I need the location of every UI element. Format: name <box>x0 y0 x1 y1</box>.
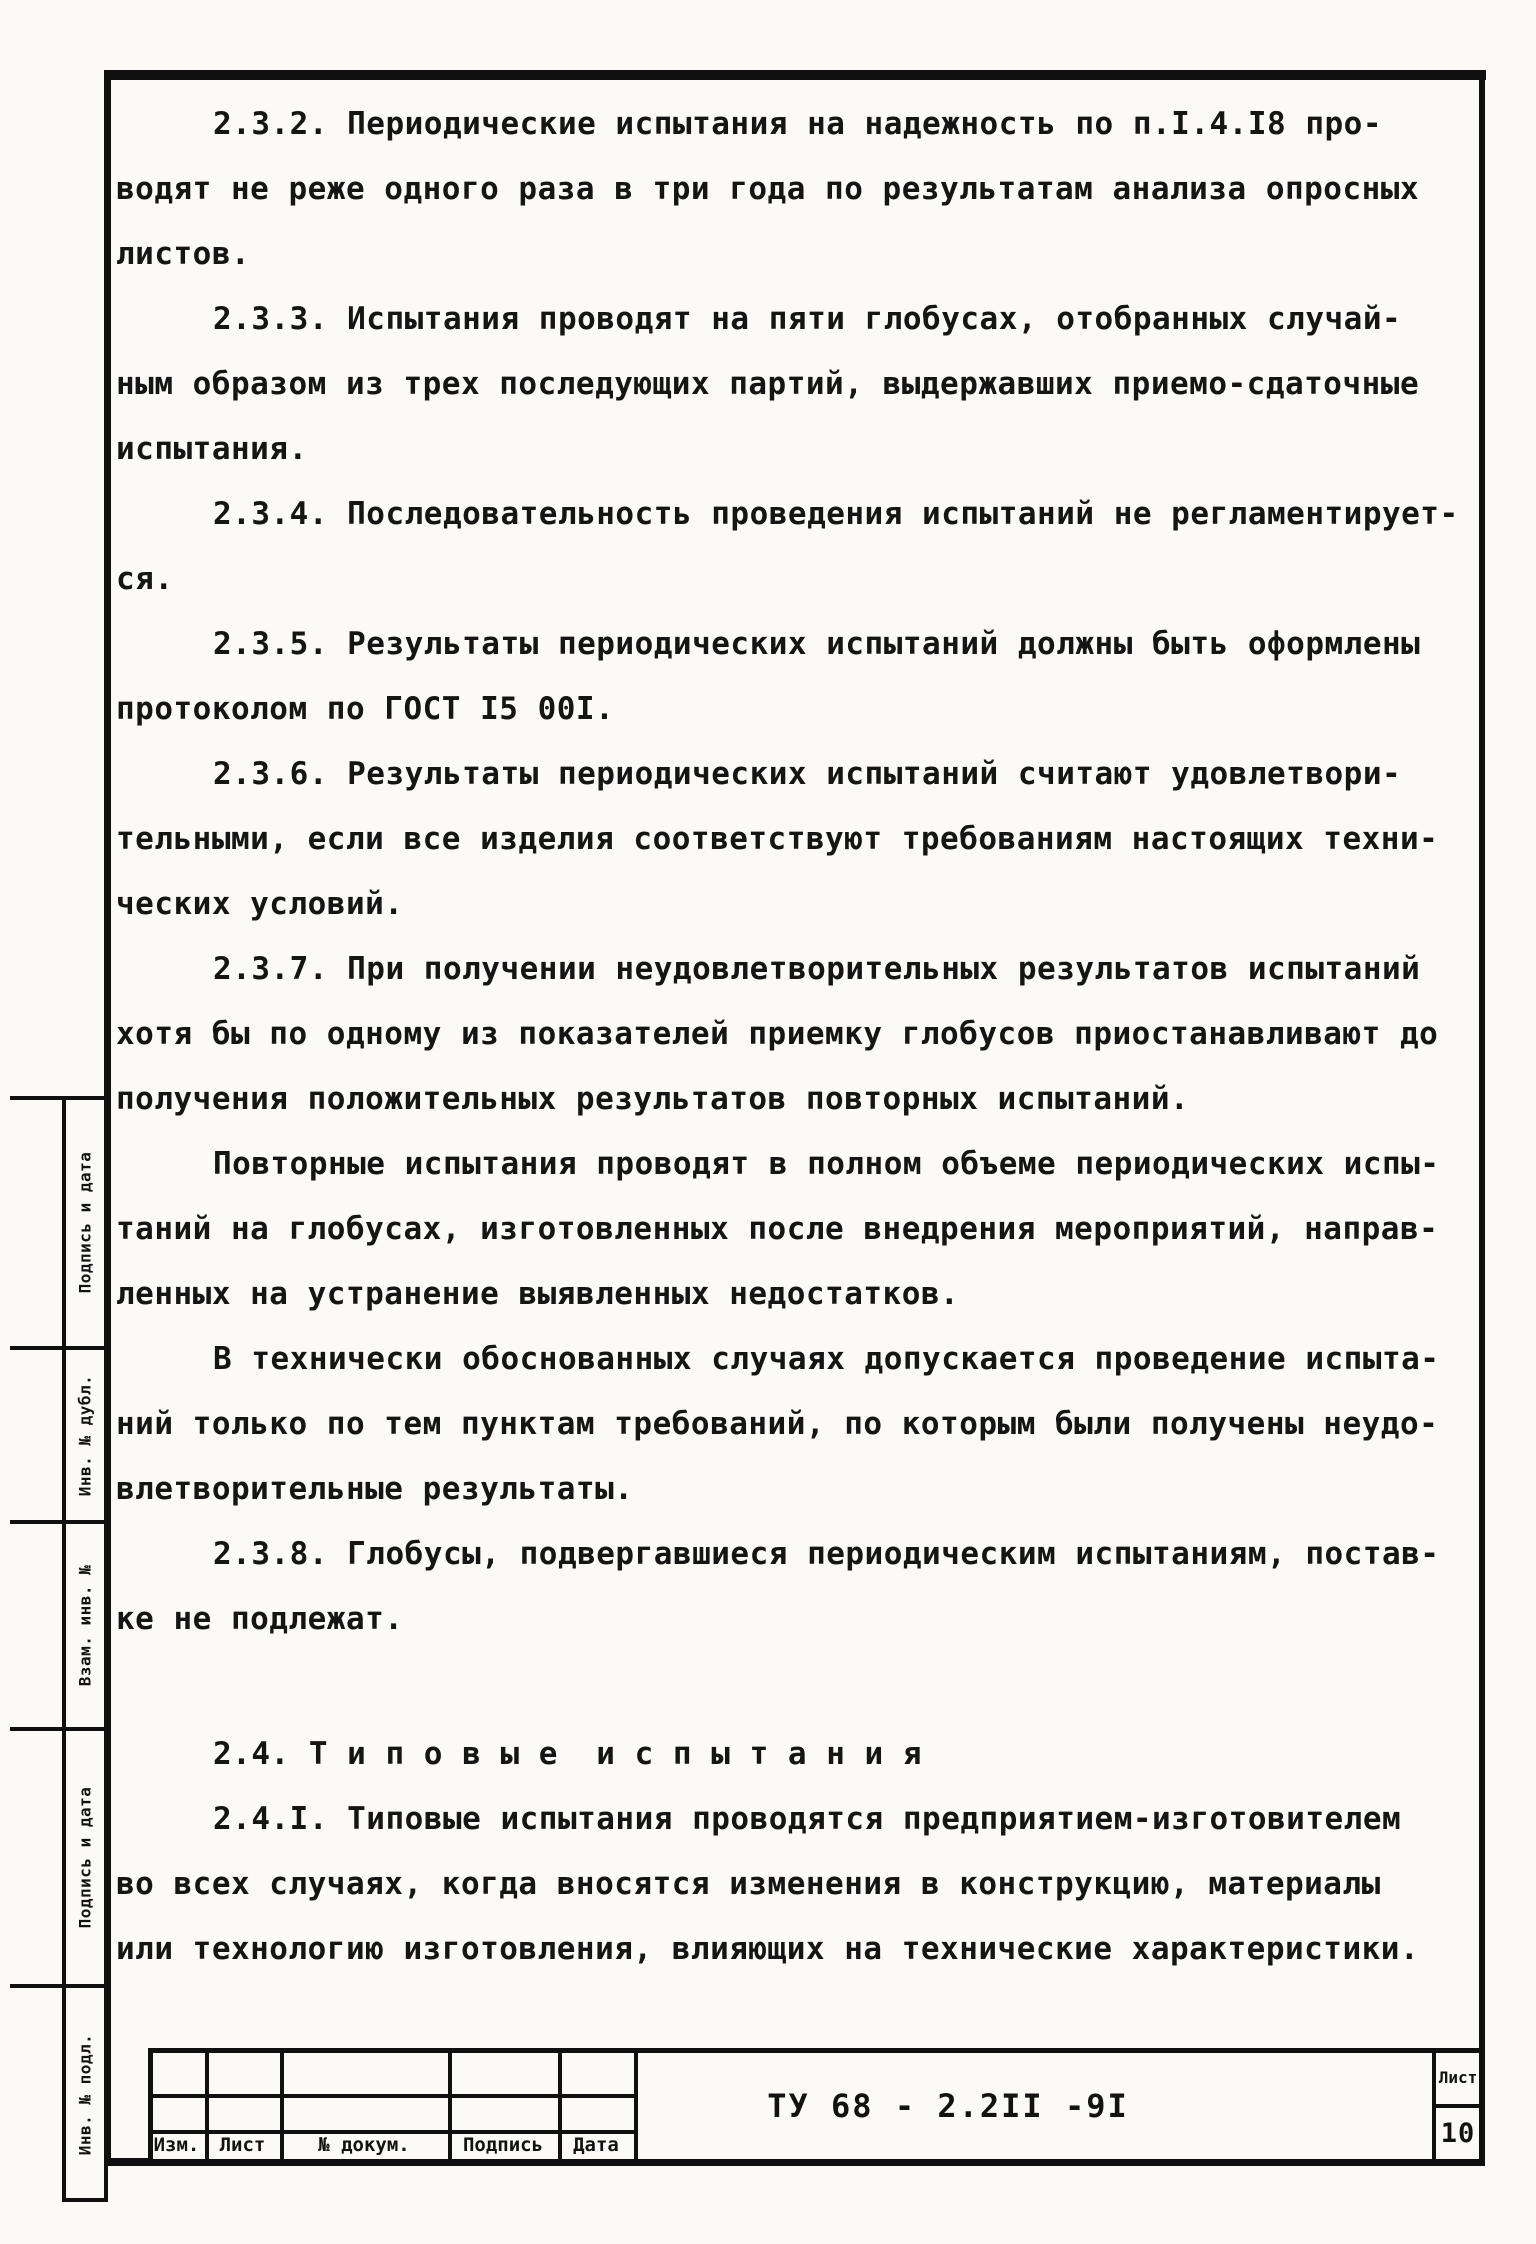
document-number: ТУ 68 - 2.2II -9I <box>634 2048 1432 2164</box>
text-line: влетворительные результаты. <box>116 1457 1480 1522</box>
text-line: 2.3.6. Результаты периодических испытани… <box>116 742 1480 807</box>
text-line: 2.3.8. Глобусы, подвергавшиеся периодиче… <box>116 1522 1480 1587</box>
sidebar-cell-label: Подпись и дата <box>76 1787 95 1929</box>
text-line: В технически обоснованных случаях допуск… <box>116 1327 1480 1392</box>
sidebar-cell-vzam-inv: Взам. инв. № <box>62 1522 108 1729</box>
text-line: во всех случаях, когда вносятся изменени… <box>116 1852 1480 1917</box>
text-line: ленных на устранение выявленных недостат… <box>116 1262 1480 1327</box>
text-line: ний только по тем пунктам требований, по… <box>116 1392 1480 1457</box>
text-line: испытания. <box>116 417 1480 482</box>
text-line: или технологию изготовления, влияющих на… <box>116 1917 1480 1982</box>
text-line: 2.3.3. Испытания проводят на пяти глобус… <box>116 287 1480 352</box>
text-line: водят не реже одного раза в три года по … <box>116 157 1480 222</box>
section-heading: 2.4. Т и п о в ы е и с п ы т а н и я <box>116 1722 1480 1787</box>
sidebar-cell-signature-date: Подпись и дата <box>62 1729 108 1986</box>
sidebar-cell-label: Инв. № подл. <box>76 2033 95 2155</box>
text-line: листов. <box>116 222 1480 287</box>
sidebar-cell-label: Инв. № дубл. <box>76 1374 95 1496</box>
scanned-document-page: 2.3.2. Периодические испытания на надежн… <box>0 0 1536 2244</box>
sidebar-cell-label: Подпись и дата <box>76 1151 95 1293</box>
text-line: ным образом из трех последующих партий, … <box>116 352 1480 417</box>
text-line: 2.3.4. Последовательность проведения исп… <box>116 482 1480 547</box>
text-line: протоколом по ГОСТ I5 00I. <box>116 677 1480 742</box>
text-line: 2.3.2. Периодические испытания на надежн… <box>116 92 1480 157</box>
margin-tick <box>10 1346 64 1350</box>
text-line: хотя бы по одному из показателей приемку… <box>116 1002 1480 1067</box>
margin-tick <box>10 1984 64 1988</box>
margin-tick <box>10 1520 64 1524</box>
stamp-col-dokum: № докум. <box>280 2128 448 2162</box>
sidebar-cell-inv-podl: Инв. № подл. <box>62 1986 108 2202</box>
sheet-number: 10 <box>1432 2106 1484 2160</box>
sheet-label: Лист <box>1432 2050 1484 2104</box>
text-line: ся. <box>116 547 1480 612</box>
stamp-divider <box>148 2094 638 2098</box>
text-line: 2.4.I. Типовые испытания проводятся пред… <box>116 1787 1480 1852</box>
frame-top-border <box>104 70 1486 80</box>
text-line: получения положительных результатов повт… <box>116 1067 1480 1132</box>
margin-tick <box>10 1096 64 1100</box>
text-line: 2.3.5. Результаты периодических испытани… <box>116 612 1480 677</box>
text-line: ческих условий. <box>116 872 1480 937</box>
stamp-col-podpis: Подпись <box>448 2128 558 2162</box>
sidebar-cell-label: Взам. инв. № <box>76 1565 95 1687</box>
text-line: Повторные испытания проводят в полном об… <box>116 1132 1480 1197</box>
text-line: 2.3.7. При получении неудовлетворительны… <box>116 937 1480 1002</box>
stamp-col-izm: Изм. <box>148 2128 205 2162</box>
sidebar-cell-signature-date: Подпись и дата <box>62 1096 108 1348</box>
stamp-col-data: Дата <box>558 2128 634 2162</box>
stamp-col-list: Лист <box>205 2128 280 2162</box>
text-line: ке не подлежат. <box>116 1587 1480 1652</box>
margin-tick <box>10 1727 64 1731</box>
text-line: тельными, если все изделия соответствуют… <box>116 807 1480 872</box>
text-line: таний на глобусах, изготовленных после в… <box>116 1197 1480 1262</box>
sidebar-cell-inv-dubl: Инв. № дубл. <box>62 1348 108 1522</box>
document-body: 2.3.2. Периодические испытания на надежн… <box>116 92 1480 1982</box>
